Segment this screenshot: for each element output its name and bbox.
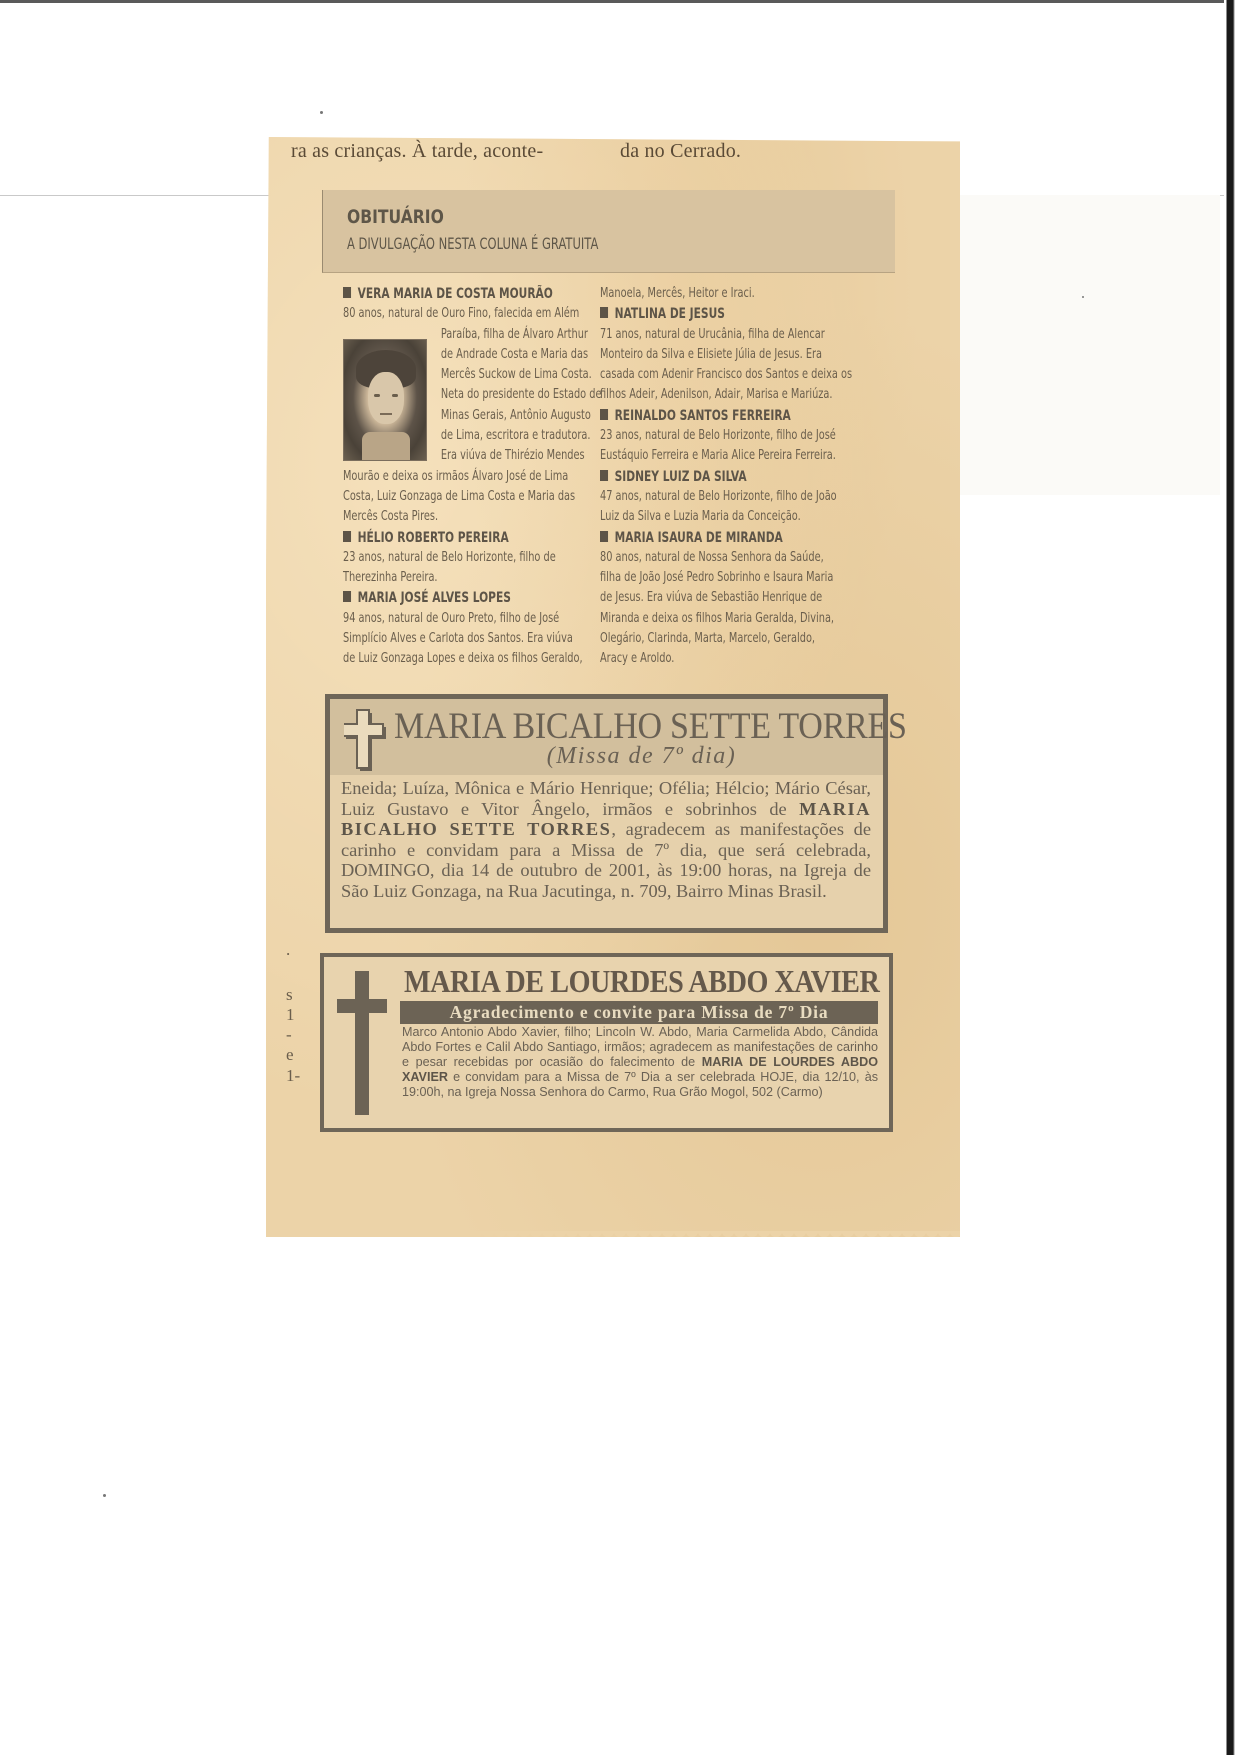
bullet-square-icon bbox=[600, 531, 608, 542]
bullet-square-icon bbox=[343, 591, 351, 602]
obituary-entry: HÉLIO ROBERTO PEREIRA23 anos, natural de… bbox=[343, 528, 611, 589]
backing-sheet-lower bbox=[958, 195, 1220, 495]
previous-article-col1: ra as crianças. À tarde, aconte- bbox=[291, 140, 543, 162]
obituary-entry: MARIA ISAURA DE MIRANDA80 anos, natural … bbox=[600, 528, 896, 670]
scanner-edge-right bbox=[1224, 0, 1240, 1755]
obituary-title: OBITUÁRIO bbox=[347, 206, 444, 228]
margin-text-fragment: 1- bbox=[286, 1066, 300, 1086]
obituary-entry-name: MARIA ISAURA DE MIRANDA bbox=[600, 528, 896, 548]
obituary-entry-text: Luiz da Silva e Luzia Maria da Conceição… bbox=[600, 507, 896, 527]
obituary-entry-text: Mercês Suckow de Lima Costa. bbox=[343, 365, 637, 385]
obituary-entry-text: 80 anos, natural de Nossa Senhora da Saú… bbox=[600, 548, 896, 568]
margin-text-fragment: - bbox=[286, 1025, 292, 1045]
obituary-entry-text: Mercês Costa Pires. bbox=[343, 507, 611, 527]
bullet-square-icon bbox=[343, 287, 351, 298]
notice-1-name: MARIA BICALHO SETTE TORRES bbox=[394, 705, 907, 748]
obituary-entry-text: de Andrade Costa e Maria das bbox=[343, 345, 637, 365]
obituary-entry-text: de Jesus. Era viúva de Sebastião Henriqu… bbox=[600, 588, 896, 608]
obituary-entry-text: de Lima, escritora e tradutora. bbox=[343, 426, 637, 446]
previous-article-tail: ra as crianças. À tarde, aconte- da no C… bbox=[291, 140, 543, 163]
obituary-entry-text: Paraíba, filha de Álvaro Arthur bbox=[343, 325, 637, 345]
obituary-entry-name: VERA MARIA DE COSTA MOURÃO bbox=[343, 284, 611, 304]
obituary-entry-text: 23 anos, natural de Belo Horizonte, filh… bbox=[343, 548, 611, 568]
notice-1-subtitle: (Missa de 7º dia) bbox=[330, 743, 883, 770]
notice-2-band: Agradecimento e convite para Missa de 7º… bbox=[400, 1001, 878, 1024]
obituary-entry-text: Olegário, Clarinda, Marta, Marcelo, Gera… bbox=[600, 629, 896, 649]
obituary-entry-text: Costa, Luiz Gonzaga de Lima Costa e Mari… bbox=[343, 487, 611, 507]
margin-text-fragment: 1 bbox=[286, 1005, 295, 1025]
notice-1-body: Eneida; Luíza, Mônica e Mário Henrique; … bbox=[341, 778, 871, 902]
obituary-entry-name: HÉLIO ROBERTO PEREIRA bbox=[343, 528, 611, 548]
obituary-entry-text: filhos Adeir, Adenilson, Adair, Marisa e… bbox=[600, 385, 896, 405]
obituary-entry-name: MARIA JOSÉ ALVES LOPES bbox=[343, 588, 611, 608]
obituary-entry-name: SIDNEY LUIZ DA SILVA bbox=[600, 467, 896, 487]
obituary-entry: NATLINA DE JESUS71 anos, natural de Uruc… bbox=[600, 304, 896, 405]
obituary-entry-name: REINALDO SANTOS FERREIRA bbox=[600, 406, 896, 426]
obituary-entry: REINALDO SANTOS FERREIRA23 anos, natural… bbox=[600, 406, 896, 467]
obituary-entry-text: 23 anos, natural de Belo Horizonte, filh… bbox=[600, 426, 896, 446]
obituary-entry-text: Aracy e Aroldo. bbox=[600, 649, 896, 669]
obituary-entry-text: Minas Gerais, Antônio Augusto bbox=[343, 406, 637, 426]
dust-speck bbox=[1082, 296, 1084, 298]
cross-icon bbox=[337, 971, 387, 1115]
obituary-entry-name: NATLINA DE JESUS bbox=[600, 304, 896, 324]
obituary-entry: MARIA JOSÉ ALVES LOPES94 anos, natural d… bbox=[343, 588, 611, 669]
margin-text-fragment: e bbox=[286, 1045, 294, 1065]
obituary-entry-text: casada com Adenir Francisco dos Santos e… bbox=[600, 365, 896, 385]
obituary-entry-text: 47 anos, natural de Belo Horizonte, filh… bbox=[600, 487, 896, 507]
dust-speck bbox=[320, 111, 323, 114]
obituary-entry-text: 94 anos, natural de Ouro Preto, filho de… bbox=[343, 609, 611, 629]
memorial-notice-abdo-xavier: MARIA DE LOURDES ABDO XAVIER Agradecimen… bbox=[320, 953, 893, 1132]
previous-article-col2: da no Cerrado. bbox=[620, 140, 741, 163]
obituary-entry-text: Eustáquio Ferreira e Maria Alice Pereira… bbox=[600, 446, 896, 466]
obituary-right-column: Manoela, Mercês, Heitor e Iraci.NATLINA … bbox=[600, 284, 896, 670]
obituary-entry-text: de Luiz Gonzaga Lopes e deixa os filhos … bbox=[343, 649, 611, 669]
obituary-entry-text: Simplício Alves e Carlota dos Santos. Er… bbox=[343, 629, 611, 649]
obituary-header: OBITUÁRIO A DIVULGAÇÃO NESTA COLUNA É GR… bbox=[322, 190, 895, 273]
obituary-left-column: VERA MARIA DE COSTA MOURÃO80 anos, natur… bbox=[343, 284, 611, 670]
bullet-square-icon bbox=[600, 409, 608, 420]
obituary-entry-text: 80 anos, natural de Ouro Fino, falecida … bbox=[343, 304, 611, 324]
bullet-square-icon bbox=[600, 470, 608, 481]
scanner-edge-top bbox=[0, 0, 1240, 3]
dust-speck bbox=[103, 1494, 106, 1497]
obituary-entry-text: Neta do presidente do Estado de bbox=[343, 385, 637, 405]
obituary-entry-text: Therezinha Pereira. bbox=[343, 568, 611, 588]
obituary-entry: SIDNEY LUIZ DA SILVA47 anos, natural de … bbox=[600, 467, 896, 528]
obituary-subtitle: A DIVULGAÇÃO NESTA COLUNA É GRATUITA bbox=[347, 234, 598, 253]
bullet-square-icon bbox=[600, 307, 608, 318]
margin-text-fragment: . bbox=[286, 940, 290, 960]
notice-2-name: MARIA DE LOURDES ABDO XAVIER bbox=[404, 963, 879, 1000]
obituary-entry: VERA MARIA DE COSTA MOURÃO80 anos, natur… bbox=[343, 284, 611, 528]
obituary-entry-text: filha de João José Pedro Sobrinho e Isau… bbox=[600, 568, 896, 588]
obituary-entry-text: Manoela, Mercês, Heitor e Iraci. bbox=[600, 284, 896, 304]
bullet-square-icon bbox=[343, 531, 351, 542]
obituary-entry-text: 71 anos, natural de Urucânia, filha de A… bbox=[600, 325, 896, 345]
obituary-entry-text: Mourão e deixa os irmãos Álvaro José de … bbox=[343, 467, 611, 487]
margin-text-fragment: s bbox=[286, 985, 293, 1005]
notice-2-body: Marco Antonio Abdo Xavier, filho; Lincol… bbox=[402, 1025, 878, 1100]
memorial-notice-bicalho: MARIA BICALHO SETTE TORRES (Missa de 7º … bbox=[325, 694, 888, 933]
obituary-entry-text: Miranda e deixa os filhos Maria Geralda,… bbox=[600, 609, 896, 629]
obituary-entry-text: Monteiro da Silva e Elisiete Júlia de Je… bbox=[600, 345, 896, 365]
obituary-entry-text: Era viúva de Thirézio Mendes bbox=[343, 446, 637, 466]
